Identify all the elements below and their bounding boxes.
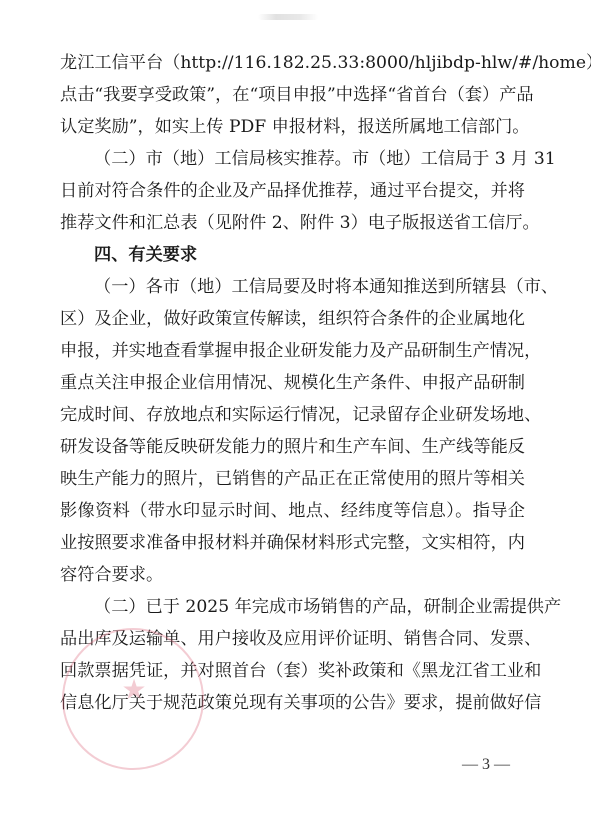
page-number: — 3 —	[455, 756, 517, 774]
document-body: 龙江工信平台（http://116.182.25.33:8000/hljibdp…	[60, 47, 525, 719]
body-line: 认定奖励”，如实上传 PDF 申报材料，报送所属地工信部门。	[60, 111, 525, 143]
body-line: 区）及企业，做好政策宣传解读，组织符合条件的企业属地化	[60, 303, 525, 335]
body-line: 影像资料（带水印显示时间、地点、经纬度等信息）。指导企	[60, 495, 525, 527]
body-line: 龙江工信平台（http://116.182.25.33:8000/hljibdp…	[60, 47, 525, 79]
scan-smudge	[258, 14, 318, 20]
body-line: 品出库及运输单、用户接收及应用评价证明、销售合同、发票、	[60, 623, 525, 655]
body-line: 重点关注申报企业信用情况、规模化生产条件、申报产品研制	[60, 367, 525, 399]
body-line: 信息化厅关于规范政策兑现有关事项的公告》要求，提前做好信	[60, 687, 525, 719]
body-line: 申报，并实地查看掌握申报企业研发能力及产品研制生产情况，	[60, 335, 525, 367]
document-page: 龙江工信平台（http://116.182.25.33:8000/hljibdp…	[0, 0, 591, 815]
body-line: 容符合要求。	[60, 559, 525, 591]
body-line: 映生产能力的照片，已销售的产品正在正常使用的照片等相关	[60, 463, 525, 495]
paragraph-start-line: （一）各市（地）工信局要及时将本通知推送到所辖县（市、	[60, 271, 525, 303]
paragraph-start-line: （二）市（地）工信局核实推荐。市（地）工信局于 3 月 31	[60, 143, 525, 175]
body-line: 回款票据凭证，并对照首台（套）奖补政策和《黑龙江省工业和	[60, 655, 525, 687]
body-line: 推荐文件和汇总表（见附件 2、附件 3）电子版报送省工信厅。	[60, 207, 525, 239]
body-line: 日前对符合条件的企业及产品择优推荐，通过平台提交，并将	[60, 175, 525, 207]
paragraph-start-line: （二）已于 2025 年完成市场销售的产品，研制企业需提供产	[60, 591, 525, 623]
body-line: 研发设备等能反映研发能力的照片和生产车间、生产线等能反	[60, 431, 525, 463]
body-line: 完成时间、存放地点和实际运行情况，记录留存企业研发场地、	[60, 399, 525, 431]
body-line: 点击“我要享受政策”，在“项目申报”中选择“省首台（套）产品	[60, 79, 525, 111]
body-line: 业按照要求准备申报材料并确保材料形式完整，文实相符，内	[60, 527, 525, 559]
section-heading: 四、有关要求	[60, 239, 525, 271]
